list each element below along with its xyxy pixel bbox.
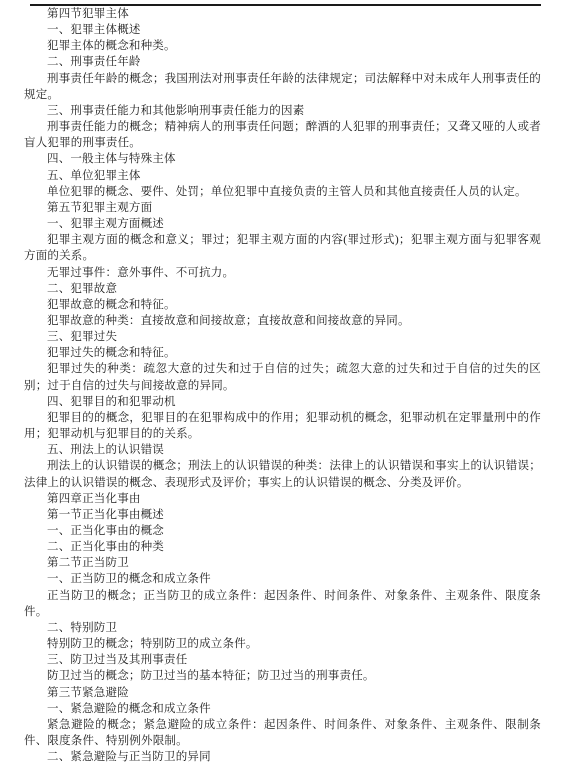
paragraph: 第一节正当化事由概述 <box>24 507 541 523</box>
paragraph: 一、紧急避险的概念和成立条件 <box>24 701 541 717</box>
paragraph: 正当防卫的概念；正当防卫的成立条件：起因条件、时间条件、对象条件、主观条件、限度… <box>24 588 541 620</box>
paragraph: 一、正当化事由的概念 <box>24 523 541 539</box>
paragraph: 犯罪目的的概念，犯罪目的在犯罪构成中的作用；犯罪动机的概念，犯罪动机在定罪量刑中… <box>24 410 541 442</box>
paragraph: 犯罪主体的概念和种类。 <box>24 38 541 54</box>
paragraph: 犯罪过失的概念和特征。 <box>24 345 541 361</box>
paragraph: 四、一般主体与特殊主体 <box>24 151 541 167</box>
paragraph: 五、刑法上的认识错误 <box>24 442 541 458</box>
paragraph: 三、防卫过当及其刑事责任 <box>24 652 541 668</box>
paragraph: 三、刑事责任能力和其他影响刑事责任能力的因素 <box>24 103 541 119</box>
paragraph: 二、特别防卫 <box>24 620 541 636</box>
paragraph: 特别防卫的概念；特别防卫的成立条件。 <box>24 636 541 652</box>
paragraph: 五、单位犯罪主体 <box>24 168 541 184</box>
paragraph: 二、刑事责任年龄 <box>24 54 541 70</box>
paragraph: 二、犯罪故意 <box>24 281 541 297</box>
paragraph: 第五节犯罪主观方面 <box>24 200 541 216</box>
paragraph: 一、犯罪主体概述 <box>24 22 541 38</box>
paragraph: 刑事责任年龄的概念；我国刑法对刑事责任年龄的法律规定；司法解释中对未成年人刑事责… <box>24 71 541 103</box>
paragraph: 一、犯罪主观方面概述 <box>24 216 541 232</box>
paragraph: 第四章正当化事由 <box>24 491 541 507</box>
paragraph: 防卫过当的概念；防卫过当的基本特征；防卫过当的刑事责任。 <box>24 668 541 684</box>
paragraph: 刑法上的认识错误的概念；刑法上的认识错误的种类：法律上的认识错误和事实上的认识错… <box>24 458 541 490</box>
paragraph: 犯罪故意的概念和特征。 <box>24 297 541 313</box>
paragraph: 二、正当化事由的种类 <box>24 539 541 555</box>
document-page: 第四节犯罪主体一、犯罪主体概述犯罪主体的概念和种类。二、刑事责任年龄刑事责任年龄… <box>0 0 570 775</box>
paragraph: 紧急避险的概念；紧急避险的成立条件：起因条件、时间条件、对象条件、主观条件、限制… <box>24 717 541 749</box>
paragraph: 刑事责任能力的概念；精神病人的刑事责任问题；醉酒的人犯罪的刑事责任；又聋又哑的人… <box>24 119 541 151</box>
paragraph: 一、正当防卫的概念和成立条件 <box>24 571 541 587</box>
paragraph: 二、紧急避险与正当防卫的异同 <box>24 749 541 765</box>
paragraph: 三、犯罪过失 <box>24 329 541 345</box>
paragraph: 第二节正当防卫 <box>24 555 541 571</box>
paragraph: 无罪过事件：意外事件、不可抗力。 <box>24 265 541 281</box>
paragraph: 犯罪主观方面的概念和意义；罪过；犯罪主观方面的内容(罪过形式)；犯罪主观方面与犯… <box>24 232 541 264</box>
document-body: 第四节犯罪主体一、犯罪主体概述犯罪主体的概念和种类。二、刑事责任年龄刑事责任年龄… <box>24 6 541 765</box>
paragraph: 犯罪故意的种类：直接故意和间接故意；直接故意和间接故意的异同。 <box>24 313 541 329</box>
paragraph: 犯罪过失的种类：疏忽大意的过失和过于自信的过失；疏忽大意的过失和过于自信的过失的… <box>24 361 541 393</box>
paragraph: 第三节紧急避险 <box>24 685 541 701</box>
paragraph: 单位犯罪的概念、要件、处罚；单位犯罪中直接负责的主管人员和其他直接责任人员的认定… <box>24 184 541 200</box>
paragraph: 四、犯罪目的和犯罪动机 <box>24 394 541 410</box>
paragraph: 第四节犯罪主体 <box>24 6 541 22</box>
